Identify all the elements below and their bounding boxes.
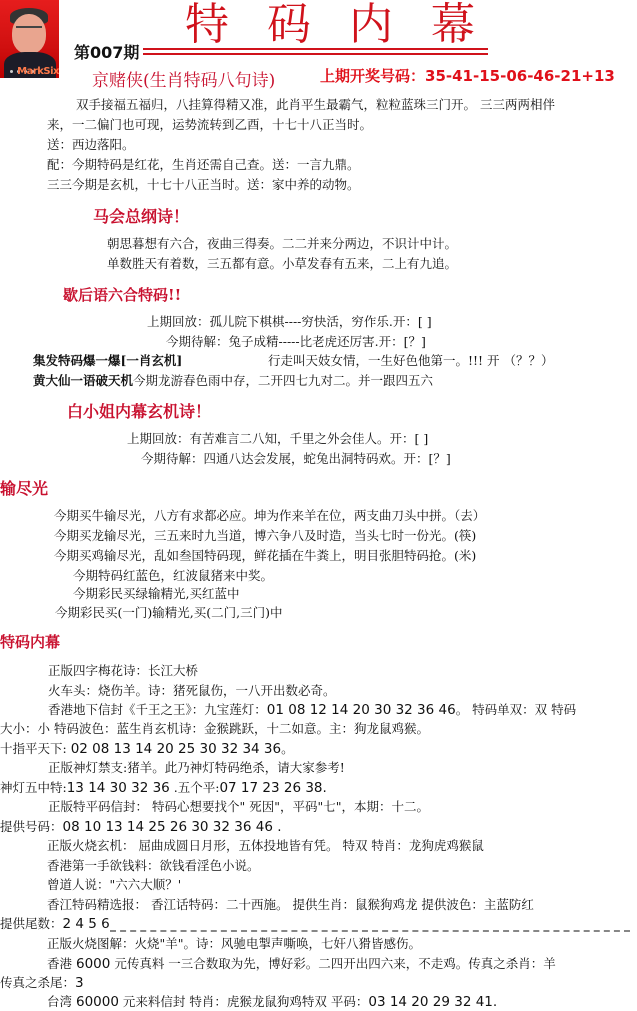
last-draw-label: 上期开奖号码： xyxy=(320,67,425,85)
title-underline-2 xyxy=(143,53,488,55)
huangdaxian-line: 黄大仙一语破天机今期龙游春色雨中存，二开四七九对二。并一跟四五六 xyxy=(33,372,433,390)
shujinguang-line: 今期买牛输尽光，八方有求都必应。坤为作来羊在位，两支曲刀头中拼。（去） xyxy=(54,507,485,525)
heading-shujinguang: 输尽光 xyxy=(0,476,48,499)
last-draw: 上期开奖号码：35-41-15-06-46-21+13 xyxy=(320,65,615,86)
shujinguang-line: 今期买鸡输尽光，乱如叁国特码现，鲜花插在牛粪上，明目张胆特码抢。(米) xyxy=(54,547,476,565)
jifa-label: 集发特码爆一爆[一肖玄机] xyxy=(33,352,182,370)
jifa-text: 行走叫天妓女情，一生好色他第一。!!! 开 （？？） xyxy=(268,352,554,370)
tepingma-line: 正版特平码信封： 特码心想要找个" 死因"，平码"七"，本期：十二。 xyxy=(48,798,429,816)
shujinguang-line: 今期特码红蓝色，红波鼠猪来中奖。 xyxy=(73,567,273,585)
divider xyxy=(110,930,630,934)
diyishou-line: 香港第一手欲钱料：欲钱看淫色小说。 xyxy=(47,857,260,875)
huoshao-xuanji-line: 正版火烧玄机： 屈曲成圆日月形，五体投地皆有凭。 特双 特肖：龙狗虎鸡猴鼠 xyxy=(47,837,484,855)
chuanzhen-shawei-line: 传真之杀尾：3 xyxy=(0,974,84,992)
xiangjiang-line: 香江特码精选报： 香江话特码：二十西施。 提供生肖：鼠猴狗鸡龙 提供波色：主蓝防… xyxy=(47,896,534,914)
poem-line: 配：今期特码是红花，生肖还需自己查。送：一言九鼎。 xyxy=(47,156,360,174)
tigong-numbers: 08 10 13 14 25 26 30 32 36 46 . xyxy=(63,819,282,835)
xianggang-dixia-line: 香港地下信封《千王之王》：九宝莲灯：01 08 12 14 20 30 32 3… xyxy=(48,701,576,719)
huochetou-line: 火车头：烧伤羊。诗：猪死鼠伤，一八开出数必奇。 xyxy=(48,682,336,700)
shendeng-jin-line: 正版神灯禁支:猪羊。此乃神灯特码绝杀，请大家参考! xyxy=(48,759,345,777)
baixiaojie-last: 上期回放：有苦难言二八知，千里之外会佳人。开：[ ] xyxy=(127,430,428,448)
huangdaxian-label: 黄大仙一语破天机 xyxy=(33,373,133,388)
poem-line: 朝思暮想有六合，夜曲三得奏。二二并来分两边，不识计中计。 xyxy=(107,235,457,253)
poem-line: 来，一二偏门也可现，运势流转到乙酉，十七十八正当时。 xyxy=(47,116,372,134)
poem-line: 单数胜天有着数，三五都有意。小草发春有五来，二上有九追。 xyxy=(107,255,457,273)
huangdaxian-text: 今期龙游春色雨中存，二开四七九对二。并一跟四五六 xyxy=(133,373,433,388)
weishu-line: 提供尾数：2 4 5 6 xyxy=(0,915,110,933)
subtitle-jingduxia: 京赌侠(生肖特码八句诗) xyxy=(92,66,275,91)
shujinguang-line: 今期彩民买(一门)输精光,买(二门,三门)中 xyxy=(55,604,282,622)
heading-temaneimu: 特码内幕 xyxy=(0,631,60,652)
issue-label: 第007期 xyxy=(74,40,139,63)
huoshao-tujie-line: 正版火烧图解：火烧"羊"。诗：风驰电掣声嘶唤，七奸八猾皆感伤。 xyxy=(47,935,421,953)
baixiaojie-this: 今期待解：四通八达会发展，蛇兔出洞特码欢。开：[？] xyxy=(141,450,451,468)
xianggang-dixia-numbers: 01 08 12 14 20 30 32 36 46 xyxy=(267,702,456,718)
title-underline xyxy=(143,48,488,50)
poem-line: 双手接福五福归，八挂算得精又准，此肖平生最霸气，粒粒蓝珠三门开。 三三两两相伴 xyxy=(76,96,555,114)
tigong-line: 提供号码：08 10 13 14 25 26 30 32 36 46 . xyxy=(0,818,282,836)
shendeng-wuge-numbers: 07 17 23 26 38. xyxy=(219,780,326,796)
avatar: MarkSix xyxy=(0,0,59,78)
meihua-line: 正版四字梅花诗：长江大桥 xyxy=(48,662,198,680)
xiehouyu-last: 上期回放：孤儿院下棋棋----穷快活，穷作乐.开：[ ] xyxy=(147,313,432,331)
page-title: 特码内幕 xyxy=(185,0,513,50)
shendeng-line: 神灯五中特:13 14 30 32 36 .五个平:07 17 23 26 38… xyxy=(0,779,327,797)
avatar-brand: MarkSix xyxy=(0,66,59,77)
poem-line: 送：西边落阳。 xyxy=(47,136,135,154)
xianggang6000-line: 香港 6000 元传真料 一三合数取为先，博好彩。二四开出四六来，不走鸡。传真之… xyxy=(47,955,556,973)
heading-mahui: 马会总纲诗！ xyxy=(93,204,189,227)
shizhi-numbers: 02 08 13 14 20 25 30 32 34 36 xyxy=(71,741,281,757)
taiwan-line: 台湾 60000 元来料信封 特肖：虎猴龙鼠狗鸡特双 平码：03 14 20 2… xyxy=(47,993,497,1011)
heading-baixiaojie: 白小姐内幕玄机诗！ xyxy=(67,399,211,422)
taiwan-numbers: 03 14 20 29 32 41. xyxy=(368,994,497,1010)
shujinguang-line: 今期买龙输尽光，三五来时九当道，博六争八及时造，当头七时一份光。(筷) xyxy=(54,527,476,545)
heading-xiehouyu: 歇后语六合特码!! xyxy=(63,284,181,305)
daxiao-line: 大小：小 特码波色：蓝生肖玄机诗：金猴跳跃，十二如意。主：狗龙鼠鸡猴。 xyxy=(0,720,429,738)
avatar-glasses xyxy=(16,26,42,34)
cengdaoren-line: 曾道人说："六六大顺？' xyxy=(47,876,181,894)
last-draw-numbers: 35-41-15-06-46-21+13 xyxy=(425,67,615,85)
shujinguang-line: 今期彩民买绿输精光,买红蓝中 xyxy=(73,585,239,603)
xiehouyu-this: 今期待解：兔子成精-----比老虎还厉害.开：[？] xyxy=(166,333,426,351)
shendeng-wuzhongte-numbers: 13 14 30 32 36 xyxy=(67,780,170,796)
weishu-numbers: 2 4 5 6 xyxy=(63,916,110,932)
shizhi-line: 十指平天下: 02 08 13 14 20 25 30 32 34 36。 xyxy=(0,740,294,758)
avatar-face xyxy=(12,14,46,54)
poem-line: 三三今期是玄机，十七十八正当时。送：家中养的动物。 xyxy=(47,176,360,194)
